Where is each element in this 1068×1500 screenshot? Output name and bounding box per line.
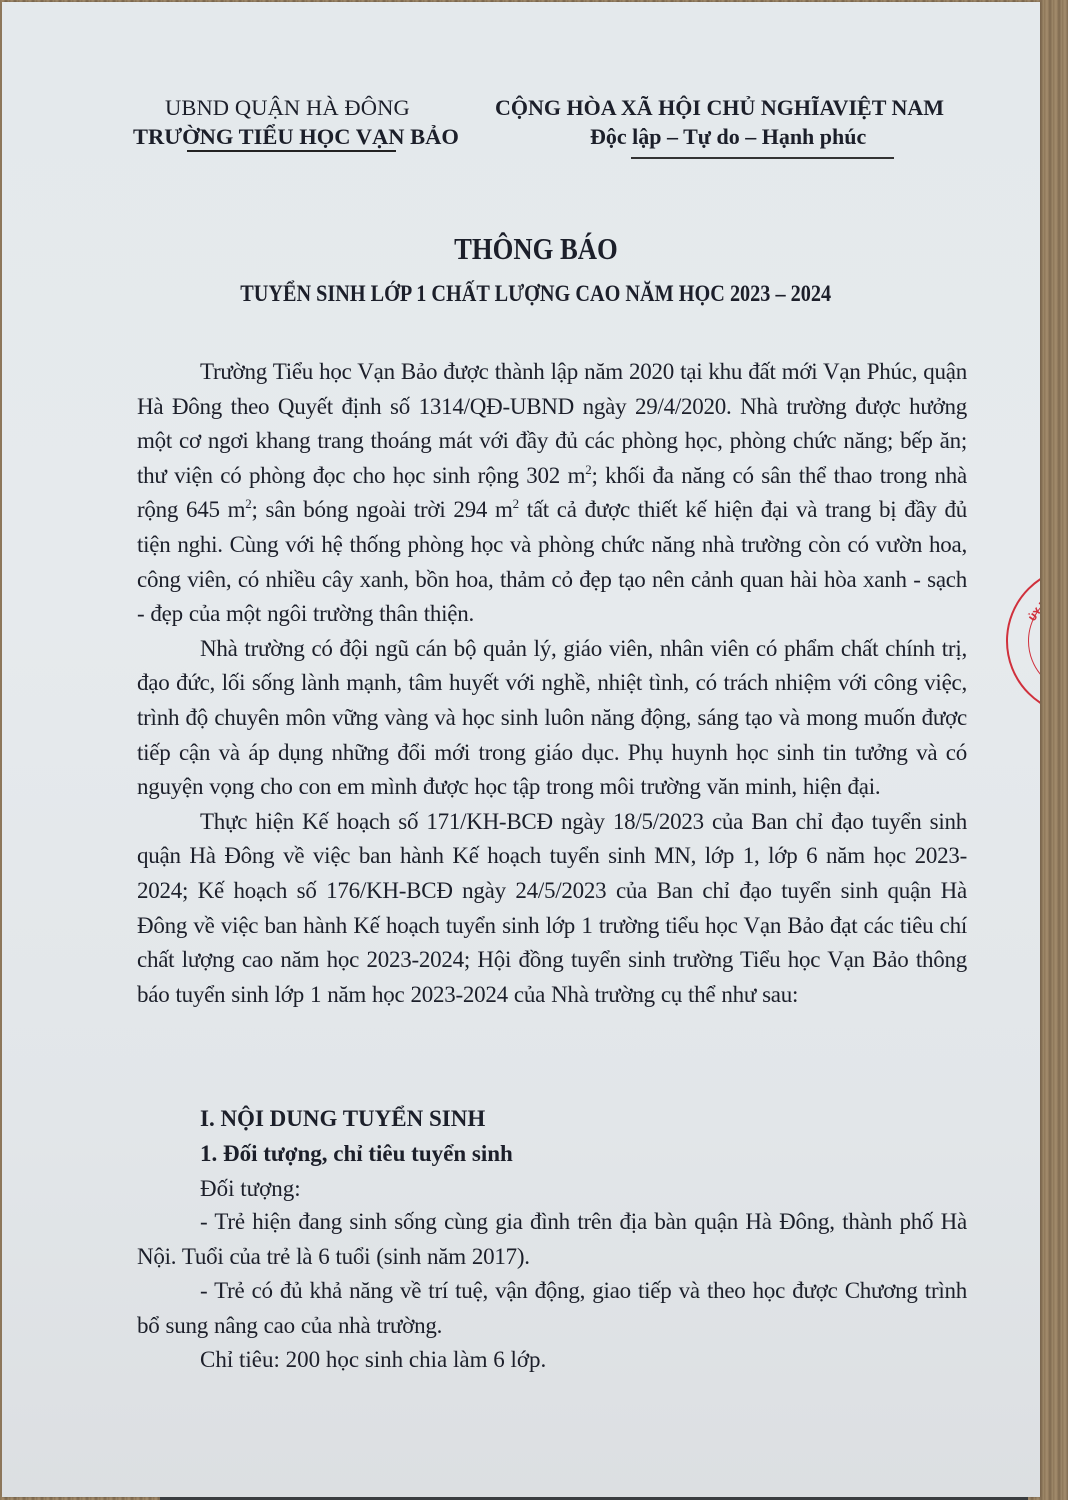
paragraph-legal-basis: Thực hiện Kế hoạch số 171/KH-BCĐ ngày 18… <box>137 805 967 1013</box>
eligibility-item: - Trẻ hiện đang sinh sống cùng gia đình … <box>137 1205 967 1274</box>
national-motto: Độc lập – Tự do – Hạnh phúc <box>590 124 866 150</box>
document-subtitle: TUYỂN SINH LỚP 1 CHẤT LƯỢNG CAO NĂM HỌC … <box>66 281 1006 307</box>
section-heading: I. NỘI DUNG TUYỂN SINH <box>137 1106 1030 1132</box>
eligibility-list: - Trẻ hiện đang sinh sống cùng gia đình … <box>137 1205 967 1343</box>
school-name: TRƯỜNG TIỂU HỌC VẠN BẢO <box>133 124 459 150</box>
quota-text: Chỉ tiêu: 200 học sinh chia làm 6 lớp. <box>137 1347 1030 1373</box>
paragraph-staff: Nhà trường có đội ngũ cán bộ quản lý, gi… <box>137 632 967 805</box>
document-title: THÔNG BÁO <box>77 231 995 267</box>
national-title: CỘNG HÒA XÃ HỘI CHỦ NGHĨAVIỆT NAM <box>495 95 944 121</box>
motto-underline <box>631 157 894 159</box>
issuing-agency: UBND QUẬN HÀ ĐÔNG <box>165 95 410 121</box>
eligibility-item: - Trẻ có đủ khả năng về trí tuệ, vận độn… <box>137 1274 967 1343</box>
eligibility-label: Đối tượng: <box>137 1176 1030 1202</box>
school-name-underline <box>187 150 396 152</box>
subsection-heading: 1. Đối tượng, chỉ tiêu tuyển sinh <box>137 1141 1030 1167</box>
paragraph-school-intro: Trường Tiểu học Vạn Bảo được thành lập n… <box>137 355 967 632</box>
stamp-outer-ring: ỦY BAN NHÂN DÂN QU TR TI V <box>1006 566 1040 716</box>
official-stamp: ỦY BAN NHÂN DÂN QU TR TI V <box>1000 540 1040 760</box>
body-paragraphs: Trường Tiểu học Vạn Bảo được thành lập n… <box>137 355 967 1012</box>
stamp-ring-text: ỦY BAN NHÂN DÂN QU <box>1028 566 1040 624</box>
